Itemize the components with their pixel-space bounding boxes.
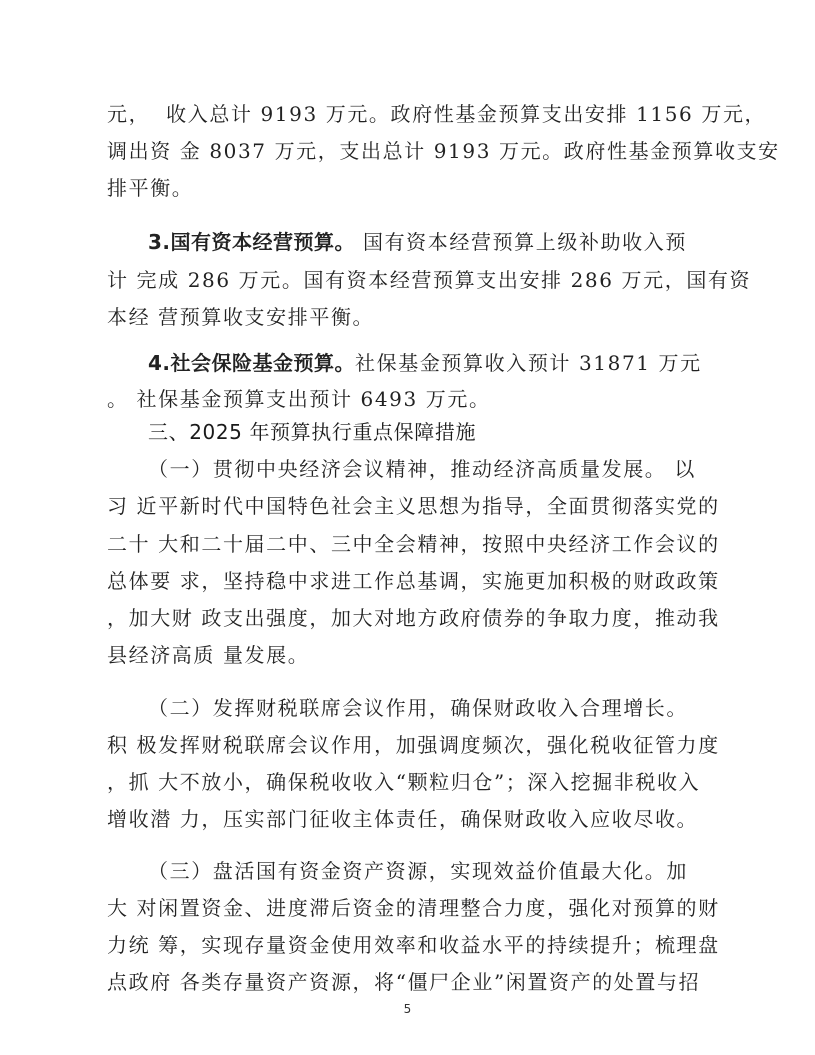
- text-line: 力统 筹，实现存量资金使用效率和收益水平的持续提升；梳理盘: [107, 933, 717, 957]
- paragraph-two-first-line: （二）发挥财税联席会议作用，确保财政收入合理增长。: [148, 696, 758, 720]
- subsection-title: （二）发挥财税联席会议作用，确保财政收入合理增长。: [148, 696, 688, 720]
- text-span: 加: [666, 859, 688, 883]
- text-span: 社保基金预算收入预计 31871 万元: [355, 351, 702, 375]
- text-line: 调出资 金 8037 万元，支出总计 9193 万元。政府性基金预算收支安: [107, 139, 717, 163]
- text-line: 元， 收入总计 9193 万元。政府性基金预算支出安排 1156 万元，: [107, 102, 717, 126]
- text-line: 二十 大和二十届二中、三中全会精神，按照中央经济工作会议的: [107, 532, 717, 556]
- text-line: 习 近平新时代中国特色社会主义思想为指导，全面贯彻落实党的: [107, 494, 717, 518]
- subsection-title: （一）贯彻中央经济会议精神，推动经济高质量发展。: [148, 457, 666, 481]
- text-line: 县经济高质 量发展。: [107, 643, 717, 667]
- paragraph-one-first-line: （一）贯彻中央经济会议精神，推动经济高质量发展。 以: [148, 457, 758, 481]
- subsection-title: 4.社会保险基金预算。: [148, 351, 355, 375]
- text-line: 总体要 求，坚持稳中求进工作总基调，实施更加积极的财政政策: [107, 569, 717, 593]
- document-page: 元， 收入总计 9193 万元。政府性基金预算支出安排 1156 万元， 调出资…: [0, 0, 815, 1055]
- text-line: ，抓 大不放小，确保税收收入“颗粒归仓”；深入挖掘非税收入: [107, 770, 717, 794]
- text-line: 积 极发挥财税联席会议作用，加强调度频次，强化税收征管力度: [107, 733, 717, 757]
- section-heading: 三、2025 年预算执行重点保障措施: [148, 420, 476, 444]
- text-line: 大 对闲置资金、进度滞后资金的清理整合力度，强化对预算的财: [107, 896, 717, 920]
- paragraph-three-first-line: （三）盘活国有资金资产资源，实现效益价值最大化。加: [148, 859, 758, 883]
- text-line: 增收潜 力，压实部门征收主体责任，确保财政收入应收尽收。: [107, 807, 717, 831]
- text-line: 计 完成 286 万元。国有资本经营预算支出安排 286 万元，国有资: [107, 268, 717, 292]
- text-span: 国有资本经营预算上级补助收入预: [355, 230, 687, 254]
- text-line: 本经 营预算收支安排平衡。: [107, 305, 717, 329]
- paragraph-state-capital-first-line: 3.国有资本经营预算。 国有资本经营预算上级补助收入预: [148, 230, 758, 254]
- text-line: 。 社保基金预算支出预计 6493 万元。: [107, 387, 717, 411]
- text-line: ，加大财 政支出强度，加大对地方政府债券的争取力度，推动我: [107, 606, 717, 630]
- paragraph-social-insurance-first-line: 4.社会保险基金预算。社保基金预算收入预计 31871 万元: [148, 351, 758, 375]
- page-number: 5: [0, 1002, 815, 1016]
- subsection-title: 3.国有资本经营预算。: [148, 230, 355, 254]
- text-line: 点政府 各类存量资产资源，将“僵尸企业”闲置资产的处置与招: [107, 970, 717, 994]
- text-line: 排平衡。: [107, 176, 717, 200]
- subsection-title: （三）盘活国有资金资产资源，实现效益价值最大化。: [148, 859, 666, 883]
- text-span: 以: [666, 457, 696, 481]
